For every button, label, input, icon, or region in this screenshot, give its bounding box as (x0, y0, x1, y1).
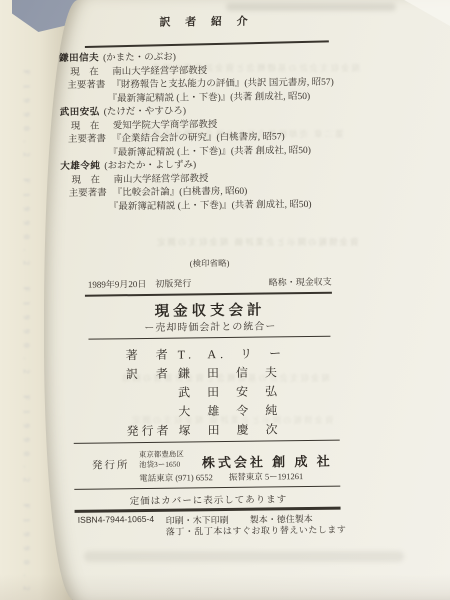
publisher-postal-transfer: 振替東京 5ー191261 (229, 470, 304, 483)
role-row-author: 著 者 T. A. リ ー (126, 344, 346, 364)
header-rule (85, 40, 329, 48)
publisher-phone: 電話東京 (971) 6552 (139, 471, 213, 484)
publisher-address: 東京都豊島区 池袋3ー1650 (139, 450, 184, 470)
page-title: 訳 者 紹 介 (67, 11, 347, 30)
seal-omitted-note: (検印省略) (69, 255, 349, 270)
translator-name: 武田安弘 (60, 108, 100, 118)
publisher-contact-row: 電話東京 (971) 6552 振替東京 5ー191261 (139, 470, 303, 484)
role-label: 訳 者 (126, 365, 174, 383)
current-label: 現 在 (71, 120, 113, 134)
translator-block: 武田安弘(たけだ・やすひろ) 現 在愛知学院大学商学部教授 主要著書『企業結合会… (60, 103, 361, 161)
current-value: 南山大学経営学部教授 (113, 173, 208, 188)
role-label (126, 403, 174, 421)
work-title: 『最新簿記精説 (上・下巻)』(共著 創成社, 昭50) (109, 200, 312, 212)
role-row-translator: 武 田 安 弘 (126, 382, 346, 402)
publisher-address-line2: 池袋3ー1650 (139, 459, 184, 469)
current-label: 現 在 (70, 66, 112, 80)
works-label: 主要著書 (68, 134, 108, 148)
translator-reading: (かまた・のぶお) (103, 53, 176, 64)
isbn-code: ISBN4-7944-1065-4 (78, 514, 166, 528)
title-rule (88, 336, 330, 340)
works-label: 主要著書 (69, 188, 109, 202)
role-label: 発行者 (126, 422, 174, 440)
translator-work2-line: 『最新簿記精説 (上・下巻)』(共著 創成社, 昭50) (109, 198, 361, 215)
roles-rule (74, 440, 340, 444)
role-name: T. A. リ ー (178, 344, 286, 362)
book-colophon-photo: 現金収支会計の基礎概念と資金計算書の構造 第二章 売却時価会計との統合に関する考… (0, 0, 450, 600)
date-rule (85, 292, 332, 297)
price-note: 定価はカバーに表示してあります (72, 491, 344, 508)
photo-bottom-shadow (0, 574, 450, 600)
role-label (126, 384, 174, 402)
publisher-address-line1: 東京都豊島区 (139, 450, 184, 460)
role-name: 鎌 田 信 夫 (178, 363, 281, 381)
abbreviation: 略称・現金収支 (269, 275, 332, 289)
current-value: 南山大学経営学部教授 (112, 65, 207, 80)
publisher-rule (74, 486, 340, 490)
role-name: 大 雄 令 純 (178, 401, 281, 419)
role-row-translator: 訳 者 鎌 田 信 夫 (126, 363, 346, 383)
translator-block: 鎌田信夫(かまた・のぶお) 現 在南山大学経営学部教授 主要著書『財務報告と支払… (59, 49, 360, 107)
publisher-label: 発行所 (92, 457, 130, 472)
current-label: 現 在 (71, 174, 113, 188)
defect-replacement-note: 落丁・乱丁本はすぐお取り替えいたします (166, 523, 347, 538)
role-name: 塚 田 慶 次 (178, 420, 281, 438)
work-title: 『比較会計論』(白桃書房, 昭60) (113, 186, 248, 201)
works-label: 主要著書 (67, 80, 107, 94)
translator-name: 鎌田信夫 (59, 54, 99, 64)
edition-date-row: 1989年9月20日 初版発行 略称・現金収支 (88, 275, 332, 291)
translator-reading: (おおたか・よしずみ) (104, 160, 196, 171)
work-title: 『最新簿記精説 (上・下巻)』(共著 創成社, 昭50) (108, 146, 311, 158)
book-subtitle: ー売却時価会計との統合ー (70, 316, 350, 334)
role-row-publisher-person: 発行者 塚 田 慶 次 (126, 420, 346, 440)
translator-block: 大雄令純(おおたか・よしずみ) 現 在南山大学経営学部教授 主要著書『比較会計論… (60, 157, 361, 215)
role-name: 武 田 安 弘 (178, 382, 281, 400)
translator-name: 大雄令純 (60, 162, 100, 172)
role-label: 著 者 (126, 346, 174, 364)
publisher-company: 株式会社 創 成 社 (202, 451, 333, 472)
role-row-translator: 大 雄 令 純 (126, 401, 346, 421)
edition-date: 1989年9月20日 初版発行 (88, 276, 192, 290)
colophon-content: 訳 者 紹 介 鎌田信夫(かまた・のぶお) 現 在南山大学経営学部教授 主要著書… (0, 0, 450, 600)
current-value: 愛知学院大学商学部教授 (113, 119, 218, 134)
work-title: 『最新簿記精説 (上・下巻)』(共著 創成社, 昭50) (107, 92, 310, 104)
translator-reading: (たけだ・やすひろ) (104, 106, 186, 117)
